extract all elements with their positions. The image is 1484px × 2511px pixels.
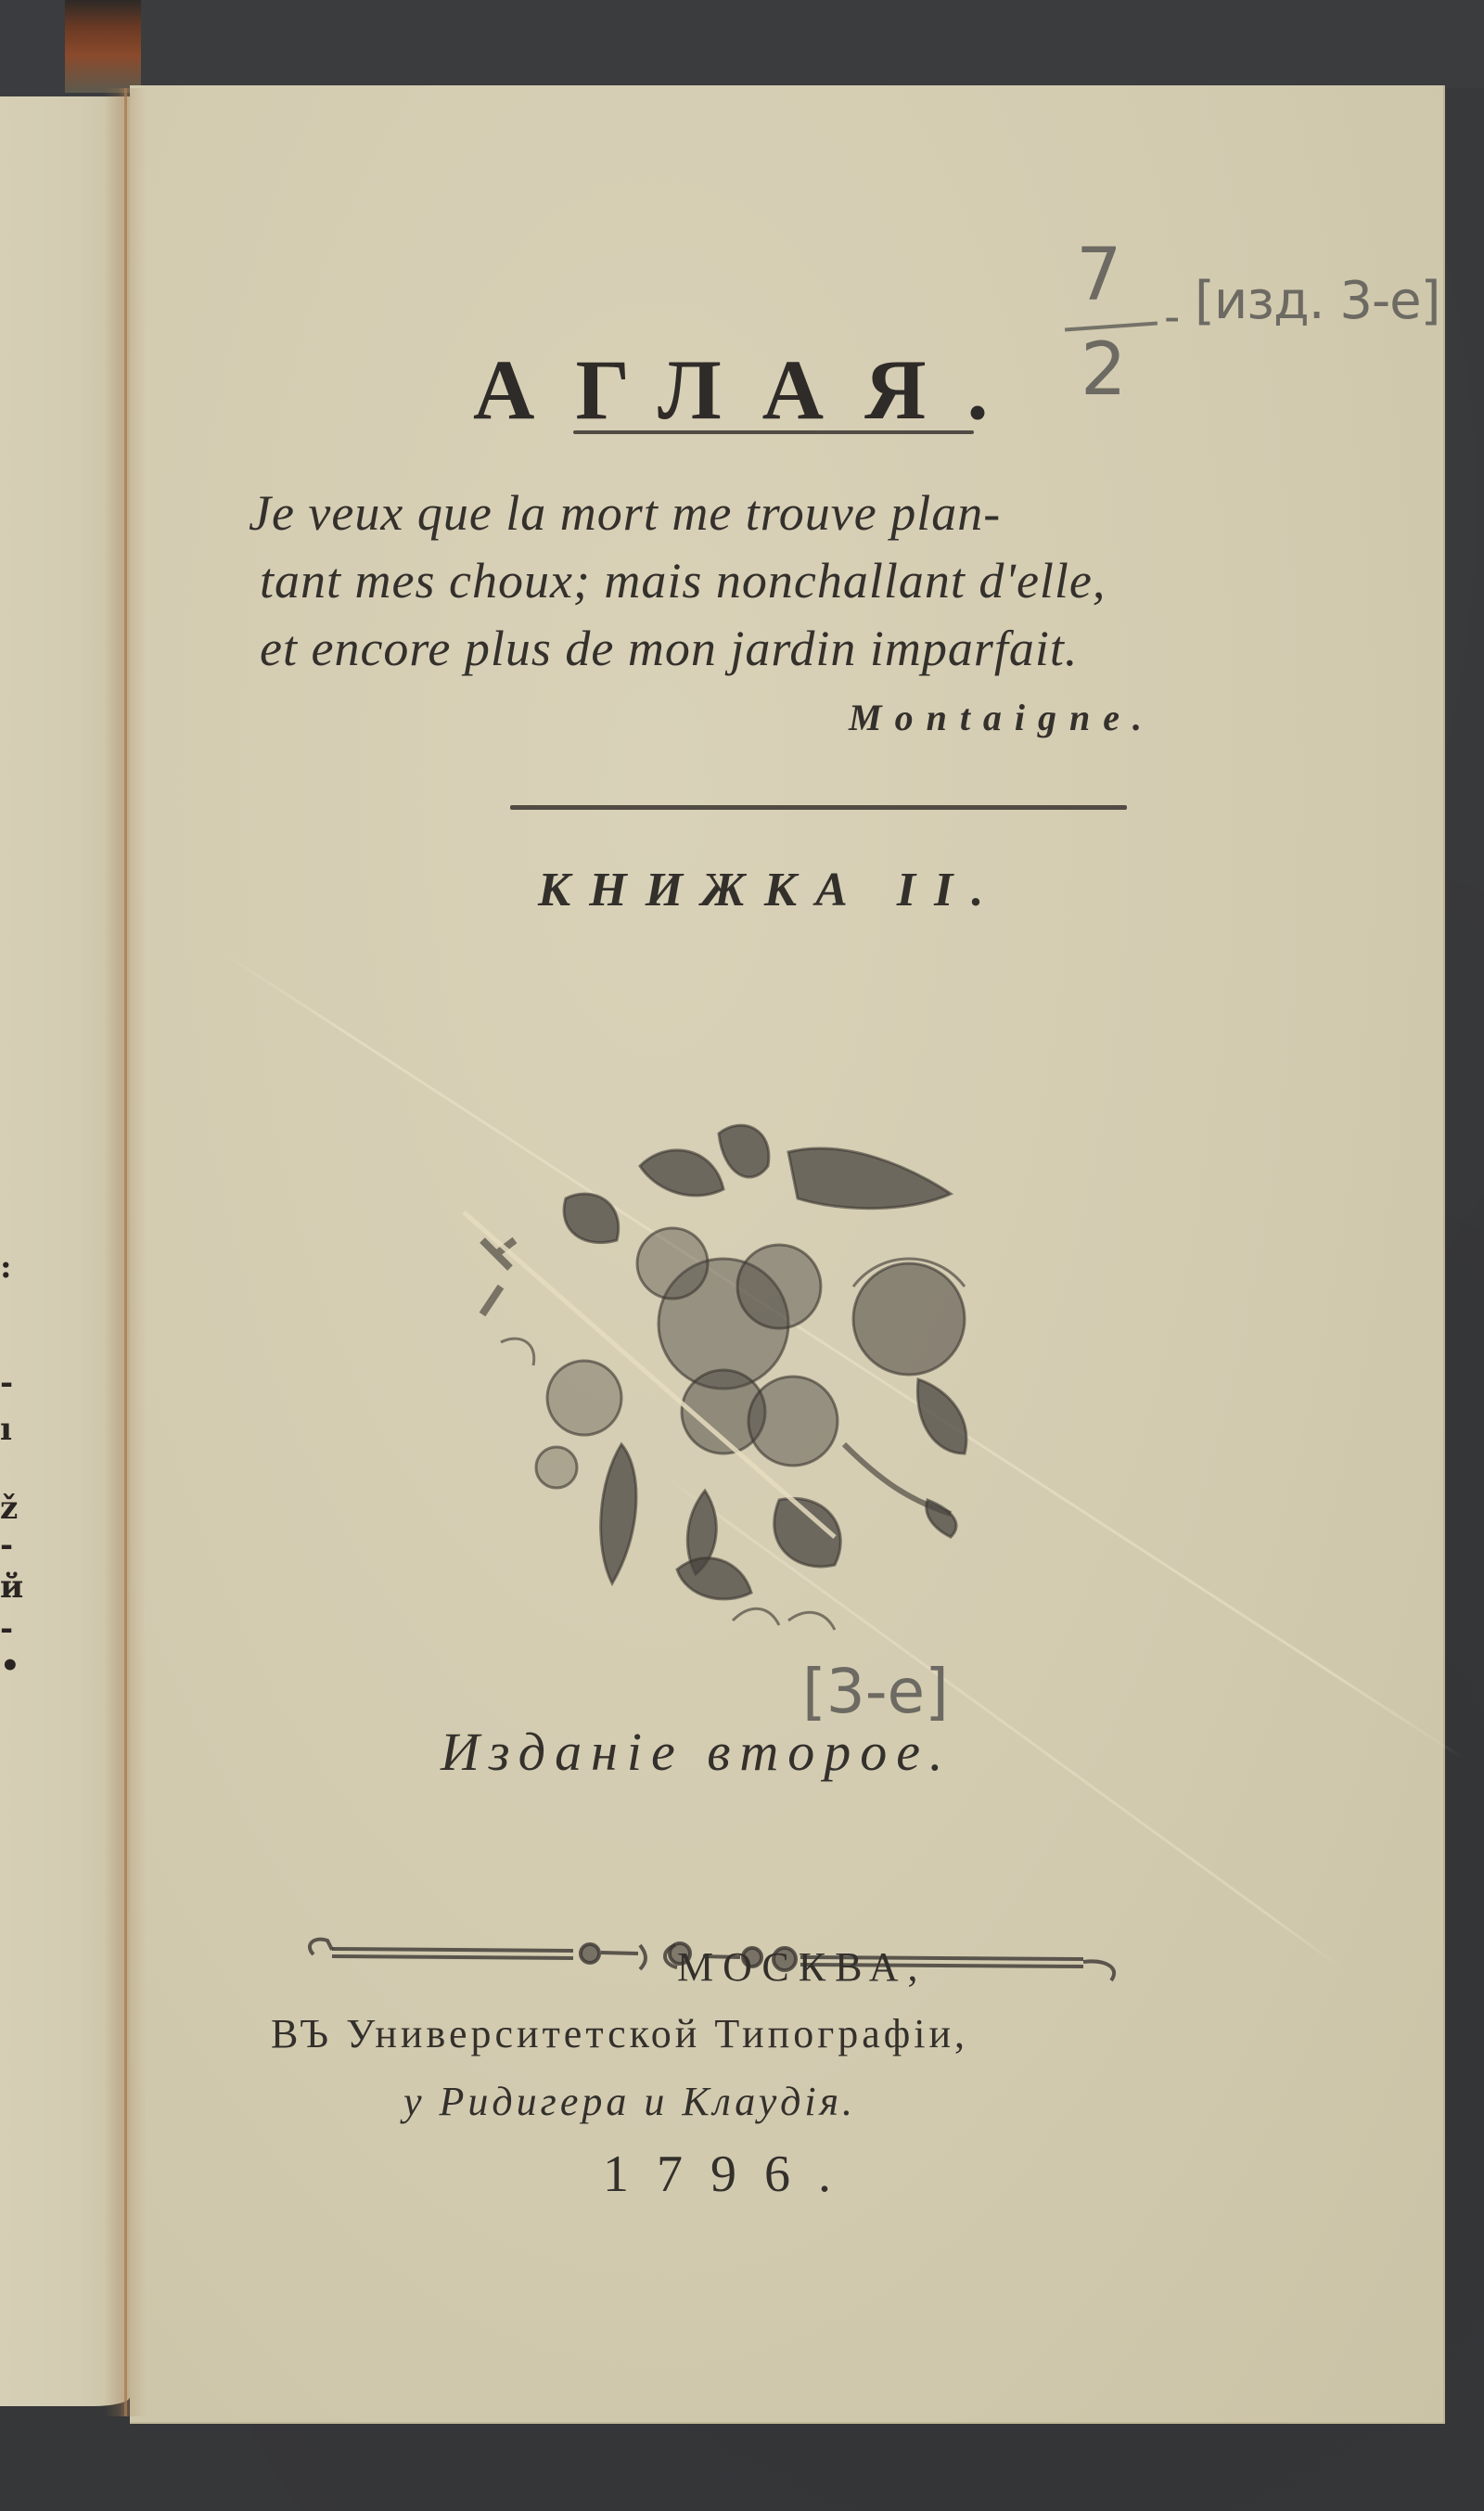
volume-label: КНИЖКА II. — [538, 863, 1002, 917]
title-page: АГЛАЯ. 7 2 - [изд. 3-е] Je veux que la m… — [130, 85, 1445, 2424]
rule-divider-mid — [510, 805, 1127, 810]
page-title: АГЛАЯ. — [473, 342, 1030, 437]
epigraph-attribution: Montaigne. — [849, 696, 1155, 739]
rule-divider-top — [573, 430, 974, 434]
title-block: АГЛАЯ. — [473, 340, 1030, 439]
imprint-printers: у Ридигера и Клаудiя. — [403, 2078, 856, 2125]
facing-glyph: ı — [0, 1414, 12, 1445]
facing-glyph: - — [0, 1530, 13, 1561]
imprint-press: ВЪ Университетской Типографiи, — [271, 2010, 968, 2057]
facing-glyph: • — [0, 1650, 20, 1682]
floral-vignette-icon — [445, 1101, 1039, 1658]
facing-glyph: - — [0, 1367, 13, 1399]
facing-glyph: : — [0, 1251, 12, 1283]
edition-label: Изданiе второе. — [441, 1721, 953, 1783]
pencil-dash: - — [1164, 291, 1180, 343]
cover-board-top — [141, 0, 1484, 88]
spine-leather — [65, 0, 141, 93]
edition-note-mid: [3-е] — [802, 1656, 949, 1727]
facing-glyph: й — [0, 1571, 23, 1603]
facing-glyph: ž — [0, 1493, 18, 1524]
edition-note-top: [изд. 3-е] — [1195, 271, 1439, 331]
shelfmark-denominator: 2 — [1081, 328, 1127, 412]
facing-glyph: - — [0, 1613, 13, 1645]
cover-board-left — [0, 0, 67, 97]
gutter-fold-line — [124, 88, 127, 2416]
shelfmark-numerator: 7 — [1076, 234, 1122, 317]
imprint-city: МОСКВА, — [677, 1943, 927, 1991]
imprint-year: 1796. — [603, 2145, 859, 2204]
epigraph-line-3: et encore plus de mon jardin imparfait. — [260, 620, 1078, 677]
epigraph-line-1: Je veux que la mort me trouve plan- — [249, 484, 1001, 542]
epigraph-line-2: tant mes choux; mais nonchallant d'elle, — [260, 552, 1106, 609]
